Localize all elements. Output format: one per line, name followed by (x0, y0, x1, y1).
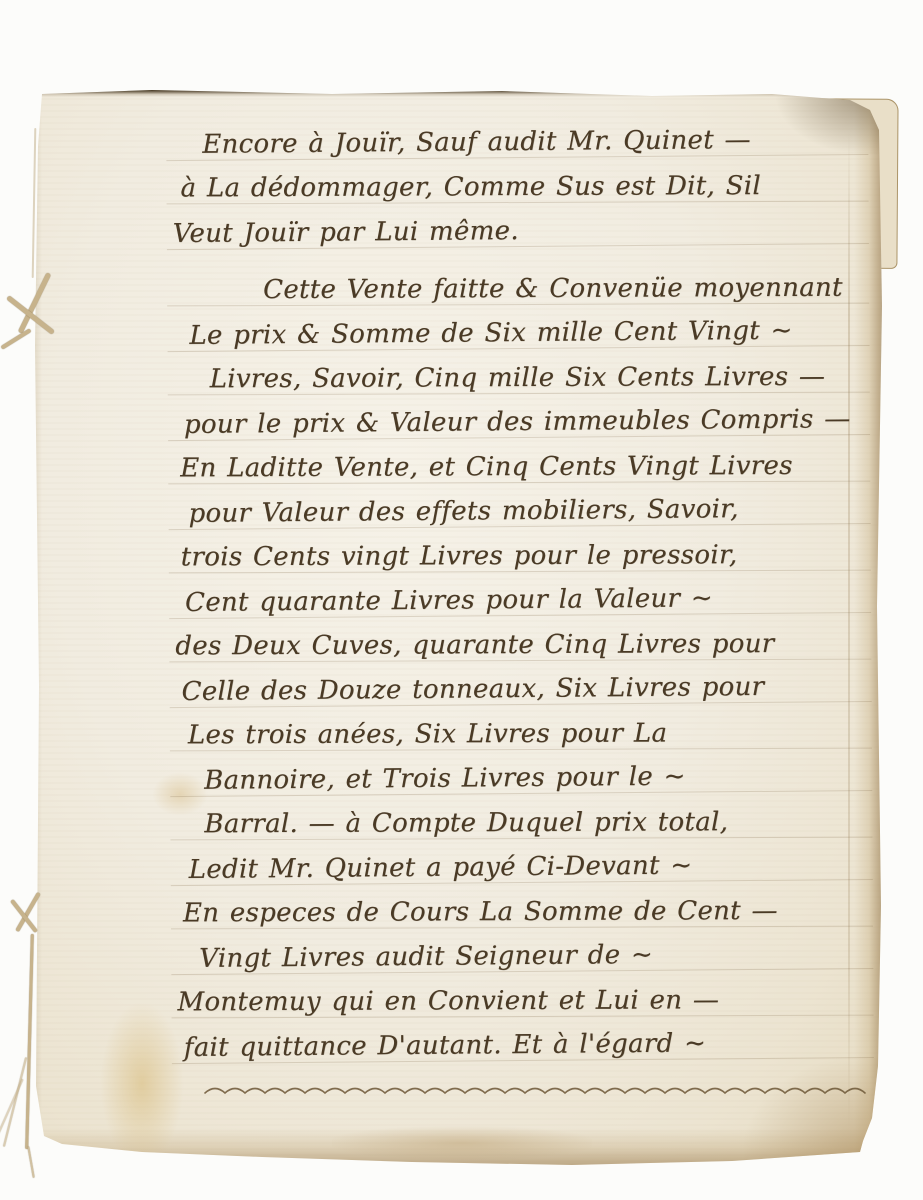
manuscript-line: à La dédommager, Comme Sus est Dit, Sil (172, 163, 872, 210)
manuscript-line: Celle des Douze tonneaux, Six Livres pou… (175, 664, 875, 715)
manuscript-line: Veut Jouïr par Lui même. (173, 206, 873, 257)
manuscript-line: pour Valeur des effets mobiliers, Savoir… (174, 486, 874, 537)
manuscript-line: Vingt Livres audit Seigneur de ~ (177, 931, 877, 982)
manuscript-text-block: Encore à Jouïr, Sauf audit Mr. Quinet —à… (172, 118, 878, 1070)
binding-thread-lower (2, 888, 50, 1174)
manuscript-line: fait quittance D'autant. Et à l'égard ~ (178, 1020, 878, 1071)
manuscript-line: Bannoire, et Trois Livres pour le ~ (176, 753, 876, 804)
manuscript-line: En especes de Cours La Somme de Cent — (177, 888, 877, 935)
manuscript-page: Encore à Jouïr, Sauf audit Mr. Quinet —à… (32, 86, 884, 1166)
manuscript-line: Encore à Jouïr, Sauf audit Mr. Quinet — (172, 117, 872, 168)
binding-thread-fiber (32, 128, 37, 278)
paper-corner-darkening (744, 1056, 884, 1166)
manuscript-line: pour le prix & Valeur des immeubles Comp… (174, 397, 874, 448)
manuscript-line: Cent quarante Livres pour la Valeur ~ (175, 575, 875, 626)
manuscript-line: des Deux Cuves, quarante Cinq Livres pou… (175, 621, 875, 668)
closing-squiggle-line (204, 1082, 866, 1102)
manuscript-line: Le prix & Somme de Six mille Cent Vingt … (173, 308, 873, 359)
paper-top-edge (32, 86, 884, 97)
manuscript-line: En Laditte Vente, et Cinq Cents Vingt Li… (174, 443, 874, 490)
paper-stain (100, 1001, 184, 1166)
manuscript-line: Les trois anées, Six Livres pour La (176, 710, 876, 757)
manuscript-line: Livres, Savoir, Cinq mille Six Cents Liv… (174, 354, 874, 401)
binding-thread-upper (6, 268, 60, 364)
paper-stain (332, 1126, 592, 1160)
manuscript-line: Barral. — à Compte Duquel prix total, (176, 799, 876, 846)
manuscript-line: Cette Vente faitte & Convenüe moyennant (173, 265, 873, 312)
scanned-document: Encore à Jouïr, Sauf audit Mr. Quinet —à… (0, 0, 923, 1200)
manuscript-line: trois Cents vingt Livres pour le pressoi… (175, 532, 875, 579)
manuscript-line: Ledit Mr. Quinet a payé Ci-Devant ~ (176, 842, 876, 893)
manuscript-line: Montemuy qui en Convient et Lui en — (177, 977, 877, 1024)
